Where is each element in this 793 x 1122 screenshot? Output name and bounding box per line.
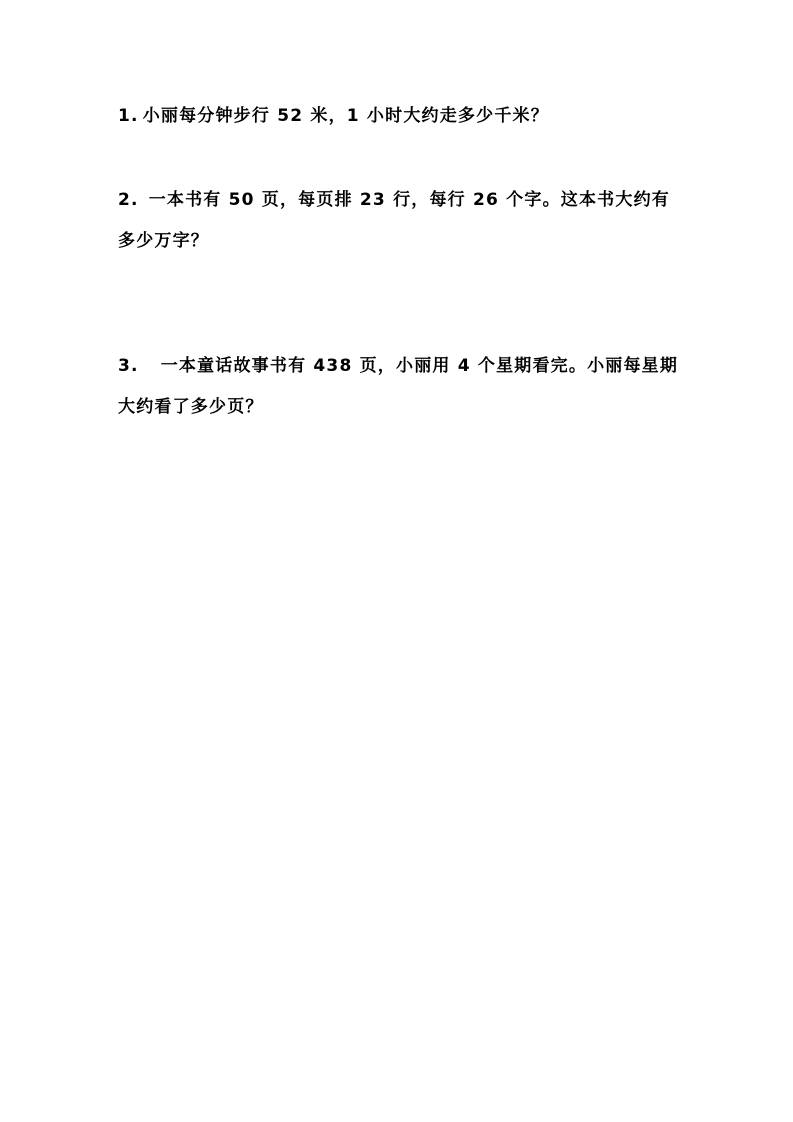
document-page: 1.小丽每分钟步行 52 米，1 小时大约走多少千米？ 2.一本书有 50 页，… [0, 0, 793, 1122]
question-number: 1. [118, 106, 139, 126]
question-1: 1.小丽每分钟步行 52 米，1 小时大约走多少千米？ [118, 96, 683, 137]
question-number: 3. [118, 356, 139, 376]
question-text: 一本书有 50 页，每页排 23 行，每行 26 个字。这本书大约有多少万字？ [118, 190, 670, 251]
question-number: 2. [118, 190, 139, 210]
question-2: 2.一本书有 50 页，每页排 23 行，每行 26 个字。这本书大约有多少万字… [118, 180, 683, 262]
question-3: 3.一本童话故事书有 438 页，小丽用 4 个星期看完。小丽每星期大约看了多少… [118, 346, 683, 428]
question-text: 一本童话故事书有 438 页，小丽用 4 个星期看完。小丽每星期大约看了多少页？ [118, 356, 678, 417]
question-text: 小丽每分钟步行 52 米，1 小时大约走多少千米？ [143, 106, 549, 126]
